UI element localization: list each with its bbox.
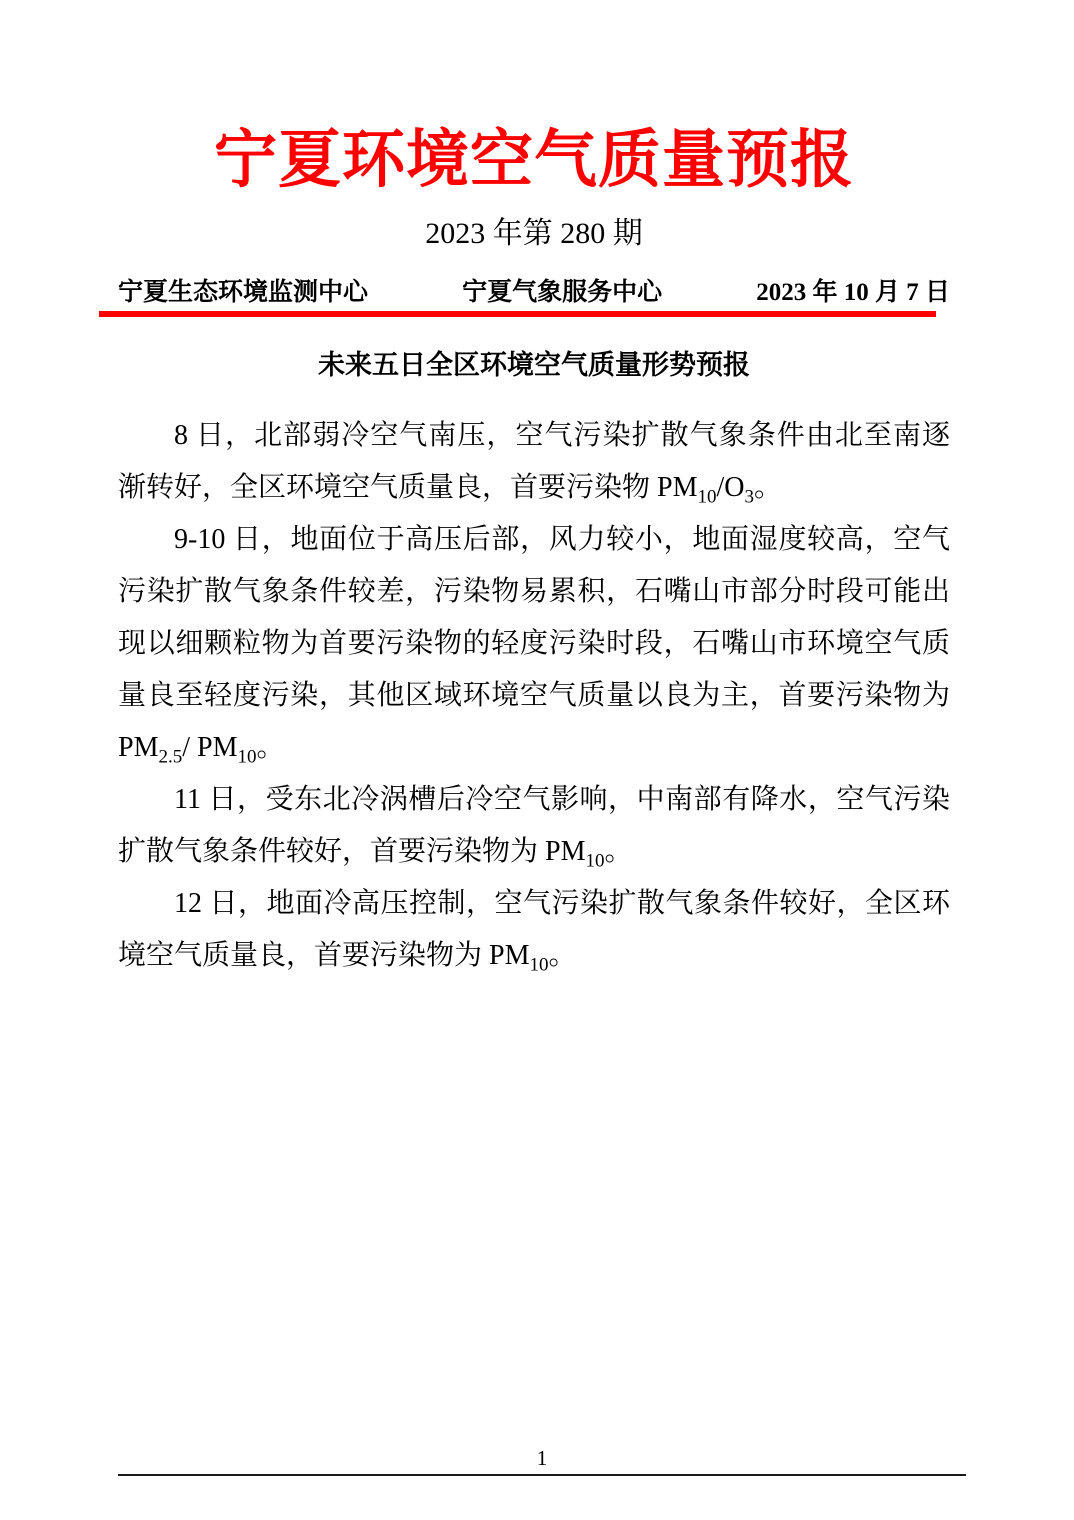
masthead-left-org: 宁夏生态环境监测中心 xyxy=(118,278,368,308)
forecast-paragraph: 12 日，地面冷高压控制，空气污染扩散气象条件较好，全区环境空气质量良，首要污染… xyxy=(118,878,950,982)
document-title: 宁夏环境空气质量预报 xyxy=(118,120,950,200)
red-divider-rule xyxy=(99,311,936,317)
masthead-date: 2023 年 10 月 7 日 xyxy=(756,278,950,308)
document-page: 宁夏环境空气质量预报 2023 年第 280 期 宁夏生态环境监测中心 宁夏气象… xyxy=(0,0,1074,1520)
pollutant-subscript: 10 xyxy=(237,747,256,768)
page-footer: 1 xyxy=(118,1444,966,1476)
forecast-paragraph: 8 日，北部弱冷空气南压，空气污染扩散气象条件由北至南逐渐转好，全区环境空气质量… xyxy=(118,410,950,514)
masthead-center-org: 宁夏气象服务中心 xyxy=(462,278,662,308)
body-paragraphs: 8 日，北部弱冷空气南压，空气污染扩散气象条件由北至南逐渐转好，全区环境空气质量… xyxy=(118,410,950,982)
issue-number: 2023 年第 280 期 xyxy=(118,216,950,252)
pollutant-subscript: 3 xyxy=(744,487,754,508)
page-number: 1 xyxy=(118,1444,966,1472)
masthead-row: 宁夏生态环境监测中心 宁夏气象服务中心 2023 年 10 月 7 日 xyxy=(118,278,950,308)
footer-rule xyxy=(118,1474,966,1476)
pollutant-subscript: 10 xyxy=(585,851,604,872)
forecast-paragraph: 9-10 日，地面位于高压后部，风力较小，地面湿度较高，空气污染扩散气象条件较差… xyxy=(118,514,950,774)
forecast-paragraph: 11 日，受东北冷涡槽后冷空气影响，中南部有降水，空气污染扩散气象条件较好，首要… xyxy=(118,774,950,878)
pollutant-subscript: 10 xyxy=(697,487,716,508)
document-content: 宁夏环境空气质量预报 2023 年第 280 期 宁夏生态环境监测中心 宁夏气象… xyxy=(0,120,1074,982)
pollutant-subscript: 10 xyxy=(529,955,548,976)
section-heading: 未来五日全区环境空气质量形势预报 xyxy=(118,348,950,382)
pollutant-subscript: 2.5 xyxy=(158,747,182,768)
